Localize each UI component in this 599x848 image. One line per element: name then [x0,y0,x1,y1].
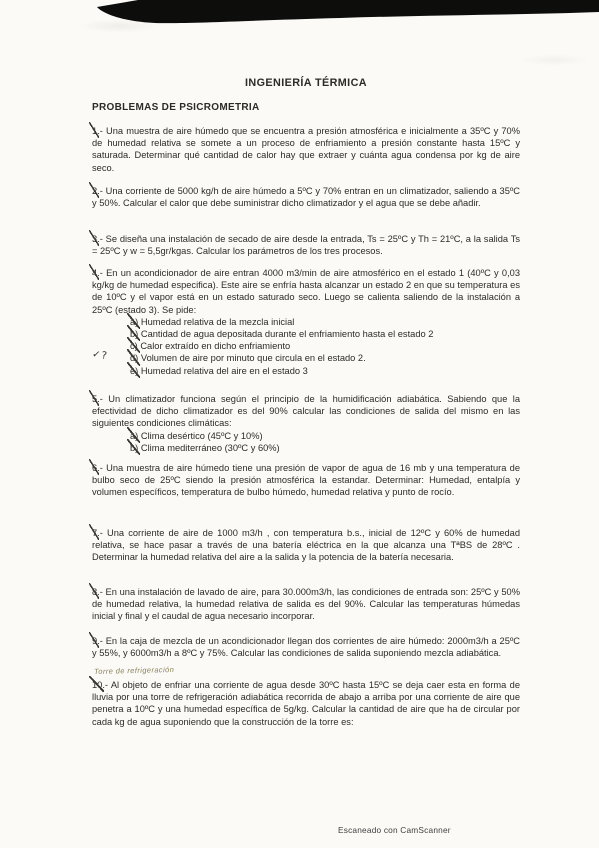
page-title: INGENIERÍA TÉRMICA [92,77,520,89]
problem-7: 7.- Una corriente de aire de 1000 m3/h ,… [92,527,520,564]
subitem-b: b) Clima mediterráneo (30ºC y 60%) [130,442,520,454]
subitem-e: e) Humedad relativa del aire en el estad… [130,365,520,377]
problem-number: 5 [92,393,97,405]
subitem-text: Clima desértico (45ºC y 10%) [141,431,263,441]
problem-number: 10 [92,679,102,691]
problem-text: Una corriente de aire de 1000 m3/h , con… [92,528,520,562]
problem-number: 2 [92,185,97,197]
scanned-page: INGENIERÍA TÉRMICA PROBLEMAS DE PSICROME… [0,0,599,848]
problem-number: 3 [92,233,97,245]
subitem-d: d) Volumen de aire por minuto que circul… [130,352,520,364]
subitem-label: b) [130,442,138,454]
section-heading: PROBLEMAS DE PSICROMETRIA [92,102,260,113]
problem-number: 9 [92,635,97,647]
problem-text: Una muestra de aire húmedo tiene una pre… [92,463,520,497]
problem-8: 8.- En una instalación de lavado de aire… [92,586,520,623]
subitem-label: e) [130,365,138,377]
problem-9: 9.- En la caja de mezcla de un acondicio… [92,635,520,659]
problem-number: 1 [92,125,97,137]
problem-number: 7 [92,527,97,539]
subitem-text: Clima mediterráneo (30ºC y 60%) [141,443,280,453]
problem-2: 2.- Una corriente de 5000 kg/h de aire h… [92,185,520,209]
problem-number: 8 [92,586,97,598]
problem-text: En la caja de mezcla de un acondicionado… [92,636,520,658]
problem-text: Un climatizador funciona según el princi… [92,394,520,428]
problem-text: Una corriente de 5000 kg/h de aire húmed… [92,186,520,208]
problem-text: Una muestra de aire húmedo que se encuen… [92,126,520,173]
subitem-a: a) Clima desértico (45ºC y 10%) [130,430,520,442]
scan-artifact-top-bar [0,0,599,30]
subitem-text: Volumen de aire por minuto que circula e… [141,353,366,363]
problem-6: 6.- Una muestra de aire húmedo tiene una… [92,462,520,499]
problem-number: 6 [92,462,97,474]
problem-text: Al objeto de enfriar una corriente de ag… [92,680,520,727]
problem-1: 1.- Una muestra de aire húmedo que se en… [92,125,520,174]
problem-text: En un acondicionador de aire entran 4000… [92,268,520,315]
problem-text: Se diseña una instalación de secado de a… [92,234,520,256]
problem-3: 3.- Se diseña una instalación de secado … [92,233,520,257]
problem-5: 5.- Un climatizador funciona según el pr… [92,393,520,454]
subitem-text: Calor extraído en dicho enfriamiento [140,341,290,351]
subitem-b: b) Cantidad de agua depositada durante e… [130,328,520,340]
handwritten-check-mark: ✓? [91,349,108,363]
subitem-a: a) Humedad relativa de la mezcla inicial [130,316,520,328]
handwritten-note: Torre de refrigeración [94,665,174,676]
subitem-text: Humedad relativa de la mezcla inicial [141,317,294,327]
subitem-c: c) Calor extraído en dicho enfriamiento [130,340,520,352]
problem-text: En una instalación de lavado de aire, pa… [92,587,520,621]
problem-10: 10.- Al objeto de enfriar una corriente … [92,679,520,728]
subitem-text: Humedad relativa del aire en el estado 3 [141,366,308,376]
subitem-text: Cantidad de agua depositada durante el e… [141,329,434,339]
problem-4: 4.- En un acondicionador de aire entran … [92,267,520,377]
camscanner-watermark: Escaneado con CamScanner [338,825,451,835]
problem-number: 4 [92,267,97,279]
